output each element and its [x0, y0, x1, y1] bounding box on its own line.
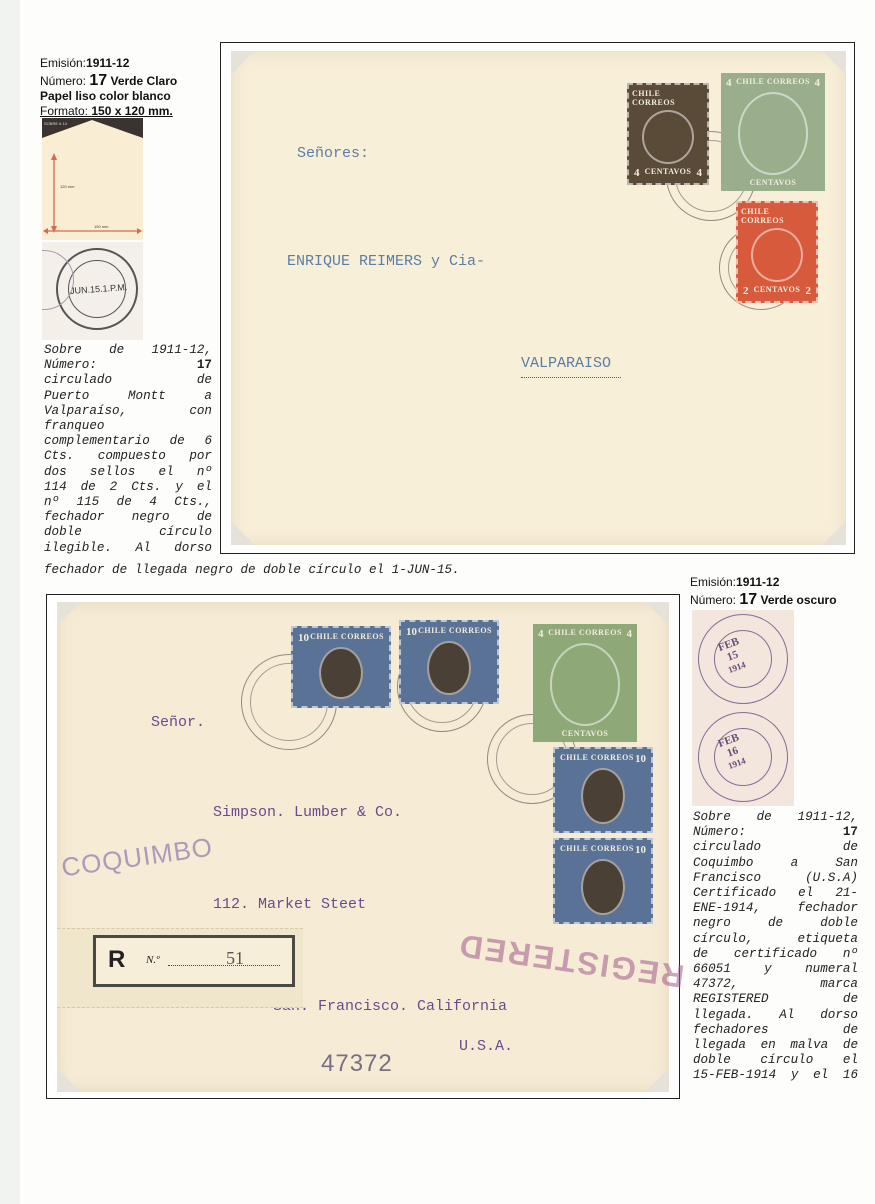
stamp-portrait	[642, 110, 694, 164]
registration-no-label: N.º	[146, 954, 160, 966]
stamp-portrait	[738, 92, 809, 175]
desc-line: ilegible. Al dorso	[44, 541, 212, 556]
stamp-value-row: 10CHILE CORREOS	[296, 632, 386, 644]
desc-line: Francisco (U.S.A)	[693, 871, 858, 886]
desc-line: Certificado el 21-	[693, 886, 858, 901]
stamp-value: 2	[805, 285, 811, 297]
desc-line: Coquimbo a San	[693, 856, 858, 871]
stamp-4c-green-imprint: 4CHILE CORREOS4 CENTAVOS	[533, 624, 637, 742]
stamp-10c-blue: 10CHILE CORREOS	[291, 626, 391, 708]
origin-cancel-stamp: COQUIMBO	[60, 832, 215, 884]
desc-line: fechadores de	[693, 1023, 858, 1038]
address-salutation: Señores:	[297, 145, 369, 162]
address-recipient: Simpson. Lumber & Co.	[213, 804, 402, 821]
format-diagram: SOBRE # 14 120 mm 150 mm	[42, 118, 143, 240]
stamp-4c-brown: CHILE CORREOS 4CENTAVOS4	[627, 83, 709, 185]
emision-value: 1911-12	[736, 575, 779, 589]
stamp-2c-red: CHILE CORREOS 2CENTAVOS2	[736, 201, 818, 303]
stamp-value: 4	[634, 167, 640, 179]
desc-line: Valparaíso, con	[44, 404, 212, 419]
address-underline	[521, 377, 621, 378]
desc-line: franqueo	[44, 419, 212, 434]
envelope2: 10CHILE CORREOS 10CHILE CORREOS 4CHILE C…	[57, 602, 669, 1092]
address-city: San. Francisco. California	[273, 998, 507, 1015]
formato-label: Formato:	[40, 104, 88, 118]
desc-line: círculo, etiqueta	[693, 932, 858, 947]
desc-line: Sobre de 1911-12,	[693, 810, 858, 825]
desc-line: doble círculo	[44, 525, 212, 540]
stamp-10c-blue: CHILE CORREOS10	[553, 747, 653, 833]
stamp-value-row: CHILE CORREOS10	[558, 844, 648, 856]
desc-line: 66051 y numeral	[693, 962, 858, 977]
desc-line: fechador negro de	[44, 510, 212, 525]
numero-value: 17	[89, 72, 107, 89]
stamp-country: CHILE CORREOS	[632, 89, 704, 107]
numero-color: Verde Claro	[111, 74, 178, 88]
stamp-value: 10	[635, 753, 646, 765]
mount-corner	[231, 521, 255, 545]
mount-corner	[645, 602, 669, 626]
paper-type: Papel liso color blanco	[40, 89, 177, 104]
address-recipient: ENRIQUE REIMERS y Cia-	[287, 253, 485, 270]
envelope-outline-icon	[42, 118, 143, 240]
stamp-value: 4	[626, 628, 632, 640]
mount-corner	[822, 51, 846, 75]
registration-letter: R	[108, 946, 125, 974]
desc-line: Número: 17	[44, 358, 212, 373]
stamp-value: 4	[726, 77, 732, 89]
numero-color: Verde oscuro	[761, 593, 837, 607]
desc-line: dos sellos el nº	[44, 465, 212, 480]
desc-line: de certificado nº	[693, 947, 858, 962]
desc-line: llegada. Al dorso	[693, 1008, 858, 1023]
section1-description: Sobre de 1911-12, Número: 17 circulado d…	[44, 343, 212, 556]
stamp-4c-green-imprint: 4CHILE CORREOS4 CENTAVOS	[721, 73, 825, 191]
stamp-value: 10	[406, 626, 417, 638]
stamp-value: 4	[538, 628, 544, 640]
stamp-country: CHILE CORREOS	[741, 207, 813, 225]
stamp-portrait	[319, 647, 362, 699]
stamp-10c-blue: CHILE CORREOS10	[553, 838, 653, 924]
numero-label: Número:	[40, 74, 86, 88]
stamp-country: CHILE CORREOS	[560, 753, 634, 765]
stamp-value: 4	[814, 77, 820, 89]
desc-line: circulado de	[693, 840, 858, 855]
numero-label: Número:	[690, 593, 736, 607]
mount-corner	[645, 1068, 669, 1092]
backstamp-detail-image: FEB 15 1914 FEB 16 1914	[692, 610, 794, 806]
address-country: U.S.A.	[459, 1038, 513, 1055]
stamp-value: 2	[743, 285, 749, 297]
registration-numeral: 47372	[321, 1050, 393, 1078]
stamp-value-row: 2CENTAVOS2	[741, 285, 813, 297]
width-label: 150 mm	[94, 224, 108, 229]
stamp-denomination: CENTAVOS	[750, 178, 797, 187]
stamp-value-row: 4CHILE CORREOS4	[724, 77, 822, 89]
stamp-value: 10	[635, 844, 646, 856]
desc-line: negro de doble	[693, 916, 858, 931]
section1-header: Emisión:1911-12 Número: 17 Verde Claro P…	[40, 56, 177, 119]
postmark-detail-image: JUN.15.1.P.M.	[42, 242, 143, 340]
envelope1: Señores: ENRIQUE REIMERS y Cia- VALPARAI…	[231, 51, 846, 545]
mount-corner	[57, 602, 81, 626]
stamp-value-row: 4CENTAVOS4	[632, 167, 704, 179]
desc-line: 15-FEB-1914 y el 16	[693, 1068, 858, 1083]
desc-line: Número: 17	[693, 825, 858, 840]
stamp-denomination: CENTAVOS	[562, 729, 609, 738]
desc-line: 47372, marca	[693, 977, 858, 992]
stamp-portrait	[550, 643, 621, 726]
stamp-portrait	[581, 859, 624, 915]
stamp-portrait	[581, 768, 624, 824]
stamp-portrait	[751, 228, 803, 282]
address-city: VALPARAISO	[521, 355, 611, 372]
emision-label: Emisión:	[690, 575, 736, 589]
page-edge	[0, 0, 20, 1204]
stamp-value: 10	[298, 632, 309, 644]
section1-description-tail: fechador de llegada negro de doble círcu…	[44, 563, 460, 578]
stamp-value: 4	[696, 167, 702, 179]
envelope1-frame: Señores: ENRIQUE REIMERS y Cia- VALPARAI…	[220, 42, 855, 554]
stamp-country: CHILE CORREOS	[310, 632, 384, 644]
registered-mark: REGISTERED	[456, 926, 687, 994]
desc-line: doble círculo el	[693, 1053, 858, 1068]
diagram-title: SOBRE # 14	[44, 121, 67, 126]
desc-line: ENE-1914, fechador	[693, 901, 858, 916]
desc-line: llegada en malva de	[693, 1038, 858, 1053]
desc-line: complementario de 6	[44, 434, 212, 449]
registration-label: R N.º 51	[93, 935, 295, 987]
stamp-10c-blue: 10CHILE CORREOS	[399, 620, 499, 704]
mount-corner	[57, 1068, 81, 1092]
stamp-country: CHILE CORREOS	[560, 844, 634, 856]
formato-value: 150 x 120 mm.	[91, 104, 172, 118]
desc-line: Sobre de 1911-12,	[44, 343, 212, 358]
stamp-country: CHILE CORREOS	[548, 628, 622, 640]
stamp-value-row: 10CHILE CORREOS	[404, 626, 494, 638]
height-label: 120 mm	[60, 184, 74, 189]
stamp-denomination: CENTAVOS	[754, 285, 801, 297]
emision-label: Emisión:	[40, 56, 86, 70]
desc-line: Cts. compuesto por	[44, 449, 212, 464]
mount-corner	[822, 521, 846, 545]
stamp-portrait	[427, 641, 470, 695]
desc-line: 114 de 2 Cts. y el	[44, 480, 212, 495]
stamp-country: CHILE CORREOS	[418, 626, 492, 638]
registration-dotted-line	[168, 965, 280, 966]
stamp-country: CHILE CORREOS	[736, 77, 810, 89]
desc-line: nº 115 de 4 Cts.,	[44, 495, 212, 510]
mount-corner	[231, 51, 255, 75]
stamp-value-row: CHILE CORREOS10	[558, 753, 648, 765]
emision-value: 1911-12	[86, 56, 129, 70]
section2-header: Emisión:1911-12 Número: 17 Verde oscuro	[690, 575, 837, 608]
stamp-denomination: CENTAVOS	[645, 167, 692, 179]
desc-line: Puerto Montt a	[44, 389, 212, 404]
numero-value: 17	[739, 591, 757, 608]
section2-description: Sobre de 1911-12, Número: 17 circulado d…	[693, 810, 858, 1084]
address-street: 112. Market Steet	[213, 896, 366, 913]
envelope2-frame: 10CHILE CORREOS 10CHILE CORREOS 4CHILE C…	[46, 594, 680, 1099]
desc-line: REGISTERED de	[693, 992, 858, 1007]
address-salutation: Señor.	[151, 714, 205, 731]
desc-line: circulado de	[44, 373, 212, 388]
stamp-value-row: 4CHILE CORREOS4	[536, 628, 634, 640]
